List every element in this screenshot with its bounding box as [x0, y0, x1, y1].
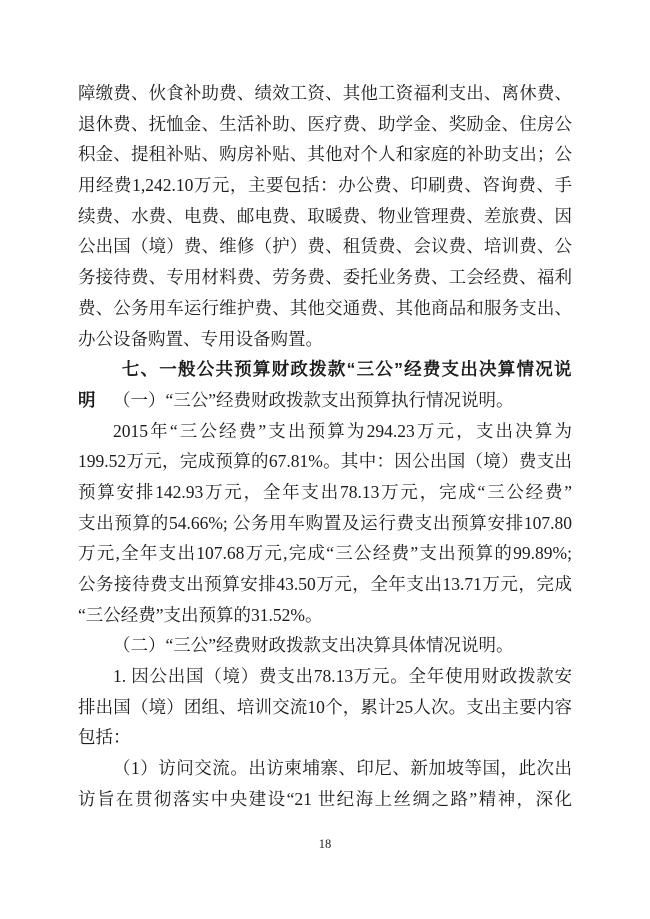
text-line: 支出预算的54.66%; 公务用车购置及运行费支出预算安排107.80: [78, 508, 572, 539]
text-line: 预算安排142.93万元，全年支出78.13万元，完成“三公经费”: [78, 477, 572, 508]
text-line: 2015年“三公经费”支出预算为294.23万元，支出决算为: [78, 416, 572, 447]
page-number: 18: [0, 836, 650, 852]
text-line: （一）“三公”经费财政拨款支出预算执行情况说明。: [78, 385, 572, 416]
text-line: 办公设备购置、专用设备购置。: [78, 324, 572, 355]
text-line: 万元,全年支出107.68万元,完成“三公经费”支出预算的99.89%;: [78, 538, 572, 569]
text-line: 退休费、抚恤金、生活补助、医疗费、助学金、奖励金、住房公: [78, 109, 572, 140]
text-line: 费、公务用车运行维护费、其他交通费、其他商品和服务支出、: [78, 293, 572, 324]
document-page: 障缴费、伙食补助费、绩效工资、其他工资福利支出、离休费、退休费、抚恤金、生活补助…: [0, 0, 650, 919]
text-line: 公出国（境）费、维修（护）费、租赁费、会议费、培训费、公: [78, 231, 572, 262]
text-line: “三公经费”支出预算的31.52%。: [78, 600, 572, 631]
text-line: 公务接待费支出预算安排43.50万元，全年支出13.71万元，完成: [78, 569, 572, 600]
text-line: 访旨在贯彻落实中央建设“21 世纪海上丝绸之路”精神，深化: [78, 784, 572, 815]
text-line: 排出国（境）团组、培训交流10个，累计25人次。支出主要内容: [78, 692, 572, 723]
text-line: （1）访问交流。出访柬埔寨、印尼、新加坡等国，此次出: [78, 753, 572, 784]
text-line: 1. 因公出国（境）费支出78.13万元。全年使用财政拨款安: [78, 661, 572, 692]
text-line: 199.52万元，完成预算的67.81%。其中：因公出国（境）费支出: [78, 446, 572, 477]
text-line: 务接待费、专用材料费、劳务费、委托业务费、工会经费、福利: [78, 262, 572, 293]
text-line: 包括：: [78, 722, 572, 753]
section-heading: 七、一般公共预算财政拨款“三公”经费支出决算情况说明: [78, 354, 572, 385]
text-line: （二）“三公”经费财政拨款支出决算具体情况说明。: [78, 630, 572, 661]
text-line: 积金、提租补贴、购房补贴、其他对个人和家庭的补助支出；公: [78, 139, 572, 170]
text-line: 障缴费、伙食补助费、绩效工资、其他工资福利支出、离休费、: [78, 78, 572, 109]
text-line: 用经费1,242.10万元，主要包括：办公费、印刷费、咨询费、手: [78, 170, 572, 201]
text-line: 续费、水费、电费、邮电费、取暖费、物业管理费、差旅费、因: [78, 201, 572, 232]
page-text: 障缴费、伙食补助费、绩效工资、其他工资福利支出、离休费、退休费、抚恤金、生活补助…: [78, 78, 572, 815]
